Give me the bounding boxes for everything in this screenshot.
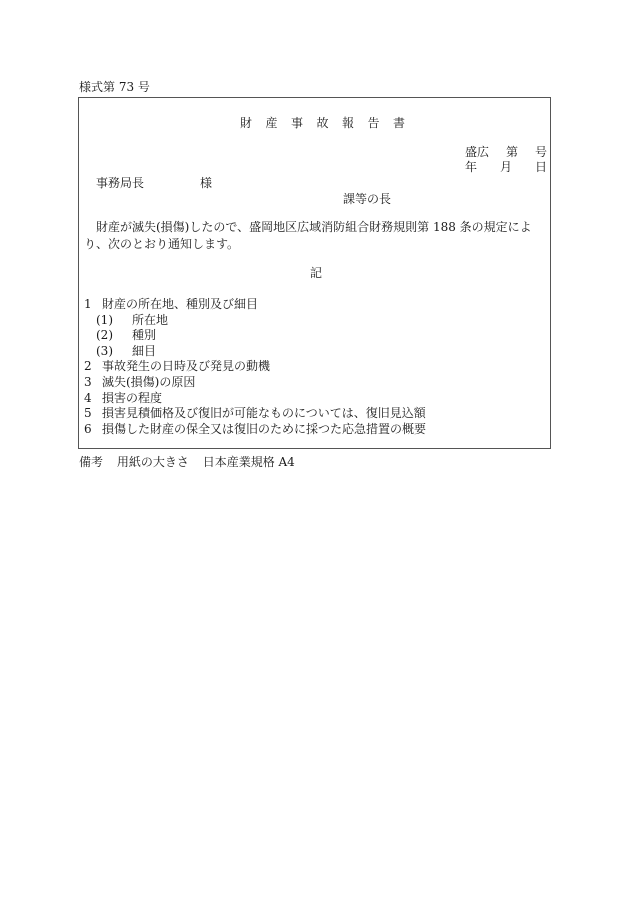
item-number: 4 (84, 391, 102, 407)
ref-go: 号 (535, 145, 547, 160)
list-item: (3)細目 (84, 344, 426, 360)
date-year: 年 (465, 160, 477, 175)
item-number: (1) (84, 313, 132, 329)
form-number: 様式第 73 号 (79, 80, 150, 95)
item-text: 損害の程度 (102, 391, 162, 405)
reference-number-row: 盛広 第 号 (465, 145, 547, 160)
date-row: 年 月 日 (465, 160, 547, 175)
ki-heading: 記 (310, 266, 322, 281)
item-number: 5 (84, 406, 102, 422)
item-text: 細目 (132, 344, 156, 358)
remarks-paper-size-label: 用紙の大きさ (117, 455, 189, 469)
item-number: (3) (84, 344, 132, 360)
document-title: 財産事故報告書 (240, 116, 419, 131)
remarks: 備考 用紙の大きさ 日本産業規格 A4 (79, 455, 295, 470)
item-text: 損傷した財産の保全又は復旧のために採つた応急措置の概要 (102, 422, 426, 436)
sender: 課等の長 (343, 192, 391, 207)
list-item: 6損傷した財産の保全又は復旧のために採つた応急措置の概要 (84, 422, 426, 438)
item-number: 1 (84, 297, 102, 313)
date-day: 日 (535, 160, 547, 175)
item-text: 損害見積価格及び復旧が可能なものについては、復旧見込額 (102, 406, 426, 420)
item-text: 種別 (132, 328, 156, 342)
item-number: (2) (84, 328, 132, 344)
list-item: 4損害の程度 (84, 391, 426, 407)
list-item: 2事故発生の日時及び発見の動機 (84, 359, 426, 375)
item-number: 2 (84, 359, 102, 375)
list-item: (1)所在地 (84, 313, 426, 329)
body-text: 財産が滅失(損傷)したので、盛岡地区広域消防組合財務規則第 188 条の規定によ… (84, 219, 550, 253)
addressee: 事務局長 (96, 176, 144, 191)
remarks-paper-size-value: 日本産業規格 A4 (203, 455, 295, 469)
item-text: 財産の所在地、種別及び細目 (102, 297, 258, 311)
item-text: 所在地 (132, 313, 168, 327)
list-item: 1財産の所在地、種別及び細目 (84, 297, 426, 313)
date-month: 月 (500, 160, 512, 175)
item-number: 6 (84, 422, 102, 438)
list-item: 3滅失(損傷)の原因 (84, 375, 426, 391)
list-item: (2)種別 (84, 328, 426, 344)
item-text: 事故発生の日時及び発見の動機 (102, 359, 270, 373)
item-list: 1財産の所在地、種別及び細目 (1)所在地 (2)種別 (3)細目 2事故発生の… (84, 297, 426, 437)
honorific: 様 (200, 176, 212, 191)
item-text: 滅失(損傷)の原因 (102, 375, 195, 389)
ref-dai: 第 (506, 145, 518, 160)
list-item: 5損害見積価格及び復旧が可能なものについては、復旧見込額 (84, 406, 426, 422)
item-number: 3 (84, 375, 102, 391)
remarks-label: 備考 (79, 455, 103, 469)
ref-prefix: 盛広 (465, 145, 489, 160)
